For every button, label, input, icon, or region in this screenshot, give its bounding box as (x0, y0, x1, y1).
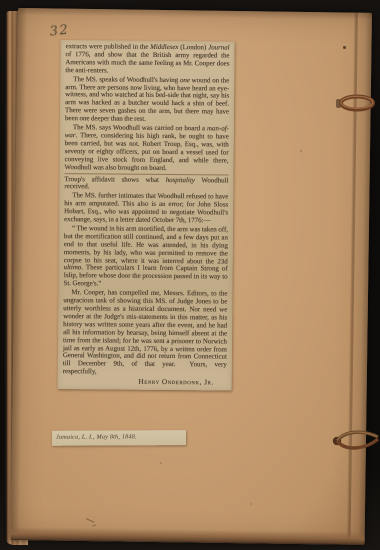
binding-tie-top (334, 90, 378, 116)
clipping-text: extracts were published in the Middlesex… (63, 43, 230, 378)
clipping-signature: Henry Onderdonk, Jr. (63, 377, 227, 386)
binding-tie-bottom (328, 424, 380, 456)
newspaper-clipping: extracts were published in the Middlesex… (58, 40, 235, 391)
paper-speck (250, 503, 252, 505)
clipping-paragraph: Mr. Cooper, has compelled me, Messrs. Ed… (63, 289, 228, 377)
page-top-shade (18, 8, 372, 20)
clipping-paragraph: The MS. further intimates that Woodhull … (64, 192, 228, 225)
clipping-paragraph: “ The wound in his arm mortified, the ar… (63, 225, 228, 290)
clipping-dateline-strip: Jamaica, L. I., May 8th, 1848. (52, 430, 186, 446)
page-number: 32 (49, 23, 70, 40)
paper-speck (300, 150, 302, 152)
scanned-book-photo: 32 extracts were published in the Middle… (0, 0, 380, 550)
clipping-paragraph: The MS. says Woodhull was carried on boa… (64, 124, 228, 175)
clipping-dateline: Jamaica, L. I., May 8th, 1848. (52, 430, 186, 441)
clipping-paragraph: Troup's affidavit shows what hospitality… (64, 176, 228, 193)
ink-speck (343, 46, 346, 49)
paper-speck (160, 462, 162, 464)
clipping-paragraph: The MS. speaks of Woodhull's having one … (65, 76, 229, 125)
book-page: 32 extracts were published in the Middle… (11, 8, 372, 545)
page-bottom-edge (11, 527, 365, 545)
clipping-paragraph: extracts were published in the Middlesex… (65, 43, 229, 76)
